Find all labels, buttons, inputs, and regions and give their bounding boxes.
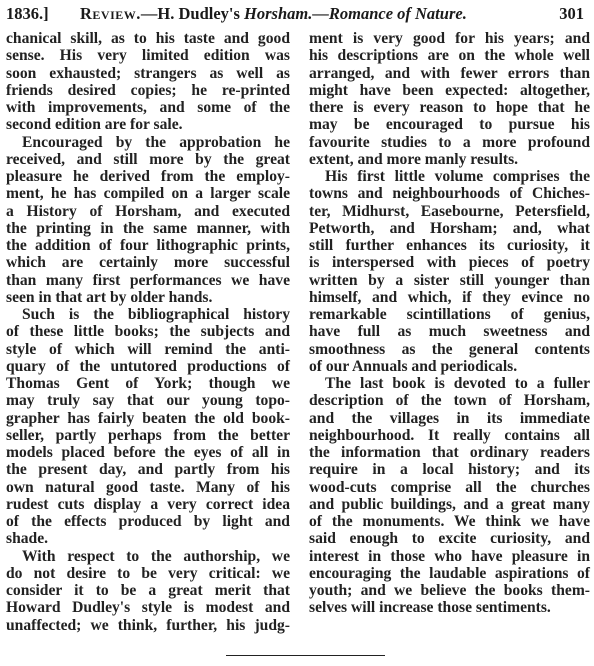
- text-line: with improvements, and some of the: [6, 99, 290, 116]
- text-line: and public buildings, and a great many: [309, 496, 590, 513]
- text-line: might have been expected: altogether,: [309, 82, 590, 99]
- text-line: still further enhances its curiosity, it: [309, 237, 590, 254]
- text-line: encouraging the laudable aspirations of: [309, 565, 590, 582]
- text-line: models placed before the eyes of all in: [6, 444, 290, 461]
- text-line: than many first performances we have: [6, 272, 290, 289]
- text-line: of our Annuals and periodicals.: [309, 358, 590, 375]
- text-line: unaffected; we think, further, his judg-: [6, 617, 290, 634]
- text-line: own natural good taste. Many of his: [6, 479, 290, 496]
- header-title-review: Review.: [80, 4, 141, 23]
- text-line: towns and neighbourhoods of Chiches-: [309, 185, 590, 202]
- text-line: arranged, and with fewer errors than: [309, 65, 590, 82]
- text-line: is interspersed with pieces of poetry: [309, 254, 590, 271]
- text-line: Thomas Gent of York; though we: [6, 375, 290, 392]
- text-line: there is every reason to hope that he: [309, 99, 590, 116]
- text-line: seen in that art by older hands.: [6, 289, 290, 306]
- text-line: With respect to the authorship, we: [6, 548, 290, 565]
- text-line: the present day, and partly from his: [6, 461, 290, 478]
- text-line: written by a sister still younger than: [309, 272, 590, 289]
- text-line: ter, Midhurst, Easebourne, Petersfield,: [309, 203, 590, 220]
- text-line: Such is the bibliographical history: [6, 306, 290, 323]
- text-line: chanical skill, as to his taste and good: [6, 30, 290, 47]
- text-line: may truly say that our young topo-: [6, 392, 290, 409]
- text-line: The last book is devoted to a fuller: [309, 375, 590, 392]
- text-line: friends desired copies; he re-printed: [6, 82, 290, 99]
- right-column: ment is very good for his years; andhis …: [309, 30, 590, 617]
- text-line: and the villages in its immediate: [309, 410, 590, 427]
- text-line: his descriptions are on the whole well: [309, 47, 590, 64]
- text-line: of the monuments. We think we have: [309, 513, 590, 530]
- header-title-works: Horsham.—Romance of Nature.: [244, 4, 467, 23]
- text-line: the information that ordinary readers: [309, 444, 590, 461]
- text-line: soon exhausted; strangers as well as: [6, 65, 290, 82]
- text-line: quary of the untutored productions of: [6, 358, 290, 375]
- text-line: Howard Dudley's style is modest and: [6, 599, 290, 616]
- page-number: 301: [559, 3, 584, 25]
- text-line: do not desire to be very critical: we: [6, 565, 290, 582]
- text-line: said enough to excite curiosity, and: [309, 530, 590, 547]
- text-line: ment is very good for his years; and: [309, 30, 590, 47]
- text-line: extent, and more manly results.: [309, 151, 590, 168]
- end-rule-divider: [226, 655, 385, 656]
- text-line: himself, and which, if they evince no: [309, 289, 590, 306]
- text-line: grapher has fairly beaten the old book-: [6, 410, 290, 427]
- text-line: a History of Horsham, and executed: [6, 203, 290, 220]
- text-line: rudest cuts display a very correct idea: [6, 496, 290, 513]
- text-line: may be encouraged to pursue his: [309, 116, 590, 133]
- text-line: of these little books; the subjects and: [6, 323, 290, 340]
- text-line: His first little volume comprises the: [309, 168, 590, 185]
- left-column: chanical skill, as to his taste and good…: [6, 30, 290, 634]
- text-line: neighbourhood. It really contains all: [309, 427, 590, 444]
- text-line: Encouraged by the approbation he: [6, 134, 290, 151]
- text-line: the addition of four lithographic prints…: [6, 237, 290, 254]
- text-line: sense. His very limited edition was: [6, 47, 290, 64]
- text-line: selves will increase those sentiments.: [309, 599, 590, 616]
- text-line: style of which will remind the anti-: [6, 341, 290, 358]
- text-line: second edition are for sale.: [6, 116, 290, 133]
- text-line: smoothness as the general contents: [309, 341, 590, 358]
- text-line: favourite studies to a more profound: [309, 134, 590, 151]
- text-line: interest in those who have pleasure in: [309, 548, 590, 565]
- text-line: the printing in the same manner, with: [6, 220, 290, 237]
- text-line: received, and still more by the great: [6, 151, 290, 168]
- header-year: 1836.]: [6, 3, 49, 25]
- text-line: Petworth, and Horsham; and, what: [309, 220, 590, 237]
- text-line: remarkable scintillations of genius,: [309, 306, 590, 323]
- text-line: description of the town of Horsham,: [309, 392, 590, 409]
- text-line: have full as much sweetness and: [309, 323, 590, 340]
- running-header: 1836.] Review.—H. Dudley's Horsham.—Roma…: [6, 3, 584, 25]
- text-line: shade.: [6, 530, 290, 547]
- text-line: wood-cuts comprise all the churches: [309, 479, 590, 496]
- text-line: require in a local history; and its: [309, 461, 590, 478]
- text-line: seller, partly perhaps from the better: [6, 427, 290, 444]
- header-title-author: —H. Dudley's: [141, 4, 244, 23]
- text-line: youth; and we believe the books them-: [309, 582, 590, 599]
- text-line: pleasure he derived from the employ-: [6, 168, 290, 185]
- header-title: Review.—H. Dudley's Horsham.—Romance of …: [80, 3, 467, 25]
- text-line: of the effects produced by light and: [6, 513, 290, 530]
- text-line: which are certainly more successful: [6, 254, 290, 271]
- text-line: consider it to be a great merit that: [6, 582, 290, 599]
- text-line: ment, he has compiled on a larger scale: [6, 185, 290, 202]
